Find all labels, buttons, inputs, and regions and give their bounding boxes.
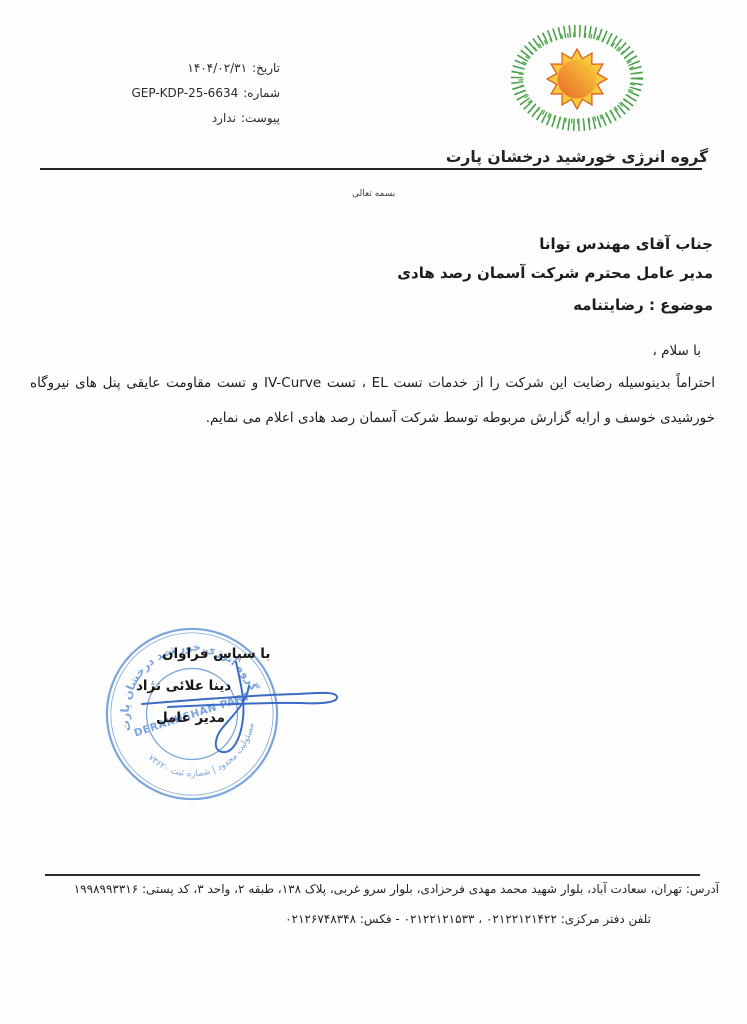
sun-logo-icon	[477, 10, 677, 146]
footer-address: آدرس: تهران، سعادت آباد، بلوار شهید محمد…	[74, 882, 719, 896]
header-divider	[40, 168, 702, 170]
attachment-value: ندارد	[212, 111, 236, 125]
attachment-label: پیوست:	[241, 111, 280, 125]
recipient-line1: جناب آقای مهندس توانا	[397, 230, 713, 259]
meta-date: تاریخ:۱۴۰۴/۰۲/۳۱	[131, 56, 280, 81]
recipient-block: جناب آقای مهندس توانا مدیر عامل محترم شر…	[397, 230, 713, 320]
signature-horizontal-stroke	[142, 693, 337, 707]
footer-divider	[45, 874, 700, 876]
letter-meta: تاریخ:۱۴۰۴/۰۲/۳۱ شماره:GEP-KDP-25-6634 پ…	[131, 56, 280, 131]
sun-disc	[558, 60, 597, 99]
signature-scribble	[120, 645, 355, 770]
meta-number: شماره:GEP-KDP-25-6634	[131, 81, 280, 106]
recipient-line2: مدیر عامل محترم شرکت آسمان رصد هادی	[397, 259, 713, 288]
salutation: با سلام ،	[652, 343, 701, 359]
closing-thanks: با سپاس فراوان	[162, 646, 270, 662]
number-value: GEP-KDP-25-6634	[131, 81, 238, 106]
letter-page: تاریخ:۱۴۰۴/۰۲/۳۱ شماره:GEP-KDP-25-6634 پ…	[0, 0, 747, 1024]
number-label: شماره:	[243, 86, 280, 100]
body-paragraph: احتراماً بدینوسیله رضایت این شرکت را از …	[30, 366, 715, 436]
company-name: گروه انرژی خورشید درخشان پارت	[446, 148, 708, 166]
footer-phone: تلفن دفتر مرکزی: ۰۲۱۲۲۱۲۱۴۲۲ ، ۰۲۱۲۲۱۲۱۵…	[285, 912, 651, 926]
company-logo: گروه انرژی خورشید درخشان پارت	[458, 10, 696, 166]
signature-flourish-stroke	[216, 662, 249, 752]
date-value: ۱۴۰۴/۰۲/۳۱	[187, 61, 247, 75]
signer-name: دینا علائی نژاد	[136, 678, 231, 694]
meta-attachment: پیوست:ندارد	[131, 106, 280, 131]
subject-line: موضوع : رضایتنامه	[397, 291, 713, 320]
invocation-text: بسمه تعالی	[352, 189, 395, 199]
date-label: تاریخ:	[252, 61, 280, 75]
signer-title: مدیر عامل	[156, 710, 225, 726]
